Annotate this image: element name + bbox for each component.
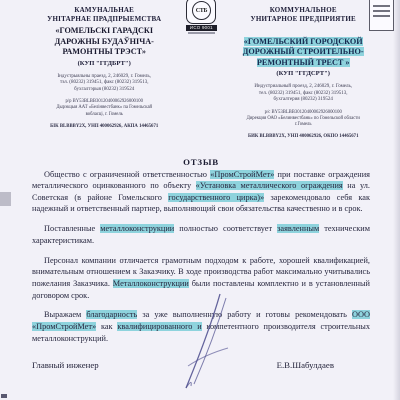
highlighted-text: «Установка металлического ограждения xyxy=(196,181,343,190)
org-bank-details-ru: р/с BY53BLBB30120400062926000100 Дирекци… xyxy=(220,110,386,129)
highlighted-org-name: «ГОМЕЛЬСКИЙ ГОРОДСКОЙ ДОРОЖНЫЙ СТРОИТЕЛЬ… xyxy=(243,37,364,67)
scan-artifact-speck xyxy=(1,394,7,398)
stamp-mark xyxy=(373,5,390,7)
signature-position-label: Главный инженер xyxy=(32,360,99,370)
org-bank-ids-by: БІК BLBBBY2X, УНП 400062926, АКПА 144656… xyxy=(26,124,182,130)
scanned-letter-page: КАМУНАЛЬНАЕ УНІТАРНАЕ ПРАДПРЫЕМСТВА «ГОМ… xyxy=(0,0,400,400)
stb-badge-icon: СТБ xyxy=(186,0,216,24)
emblem-caption-line xyxy=(188,32,215,34)
review-paragraph-3: Персонал компании отличается грамотным п… xyxy=(32,255,370,301)
org-name-by: «ГОМЕЛЬСКІ ГАРАДСКІ ДАРОЖНЫ БУДАЎНІЧА- Р… xyxy=(26,26,182,58)
stb-monogram: СТБ xyxy=(192,1,211,20)
body-text: как xyxy=(96,322,117,331)
org-bank-ids-ru: БИК BLBBBY2X, УНП 400062926, ОКПО 144656… xyxy=(220,134,386,140)
stamp-mark xyxy=(373,10,390,12)
letterhead-right-column: КОММУНАЛЬНОЕ УНИТАРНОЕ ПРЕДПРИЯТИЕ «ГОМЕ… xyxy=(220,6,386,141)
signature-row: Главный инженер Е.В.Шабулдаев xyxy=(0,360,400,370)
review-paragraph-4: Выражаем благодарность за уже выполненну… xyxy=(32,309,370,344)
letterhead-left-column: КАМУНАЛЬНАЕ УНІТАРНАЕ ПРАДПРЫЕМСТВА «ГОМ… xyxy=(26,6,182,130)
highlighted-text: металлоконструкции xyxy=(100,224,174,233)
scan-artifact-square xyxy=(0,192,11,206)
org-address-ru: Индустриальный проезд, 2, 246029, г. Гом… xyxy=(220,84,386,104)
signature-name: Е.В.Шабулдаев xyxy=(277,360,334,370)
highlighted-text: государственного цирка)» xyxy=(168,193,264,202)
review-title: ОТЗЫВ xyxy=(32,157,370,167)
org-type-ru: КОММУНАЛЬНОЕ УНИТАРНОЕ ПРЕДПРИЯТИЕ xyxy=(220,6,386,24)
highlighted-text: Металлоконструкции xyxy=(113,279,189,288)
org-name-ru: «ГОМЕЛЬСКИЙ ГОРОДСКОЙ ДОРОЖНЫЙ СТРОИТЕЛЬ… xyxy=(220,26,386,68)
stamp-mark xyxy=(373,15,390,17)
org-type-by: КАМУНАЛЬНАЕ УНІТАРНАЕ ПРАДПРЫЕМСТВА xyxy=(26,6,182,24)
body-text: за уже выполненную работу и готовы реком… xyxy=(137,310,352,319)
review-paragraph-2: Поставленные металлоконструкции полность… xyxy=(32,223,370,246)
body-text: Поставленные xyxy=(44,224,100,233)
letterhead: КАМУНАЛЬНАЕ УНІТАРНАЕ ПРАДПРЫЕМСТВА «ГОМ… xyxy=(0,0,400,141)
body-text: Выражаем xyxy=(44,310,86,319)
highlighted-text: заявленным xyxy=(277,224,319,233)
highlighted-text: «ПромСтройМет» xyxy=(210,170,274,179)
iso-9001-bar: ИСО 9001 xyxy=(186,25,217,31)
org-bank-details-by: р/р BY53BLBB30120400062926000100 Дырэкцы… xyxy=(26,99,182,118)
body-text: полностью соответствует xyxy=(174,224,277,233)
review-body: ОТЗЫВ Общество с ограниченной ответствен… xyxy=(0,157,400,345)
highlighted-text: квалифицированного и xyxy=(117,322,201,331)
certification-emblem: СТБ ИСО 9001 xyxy=(182,0,220,34)
org-abbr-ru: (КУП "ГГДСРТ") xyxy=(220,70,386,77)
body-text: Общество с ограниченной ответственностью xyxy=(44,170,210,179)
review-paragraph-1: Общество с ограниченной ответственностью… xyxy=(32,169,370,215)
highlighted-text: благодарность xyxy=(86,310,137,319)
corner-stamp xyxy=(369,0,394,31)
org-address-by: Індустрыяльны праезд, 2, 246029, г. Гоме… xyxy=(26,74,182,94)
org-abbr-by: (КУП "ГГДБРТ") xyxy=(26,60,182,67)
